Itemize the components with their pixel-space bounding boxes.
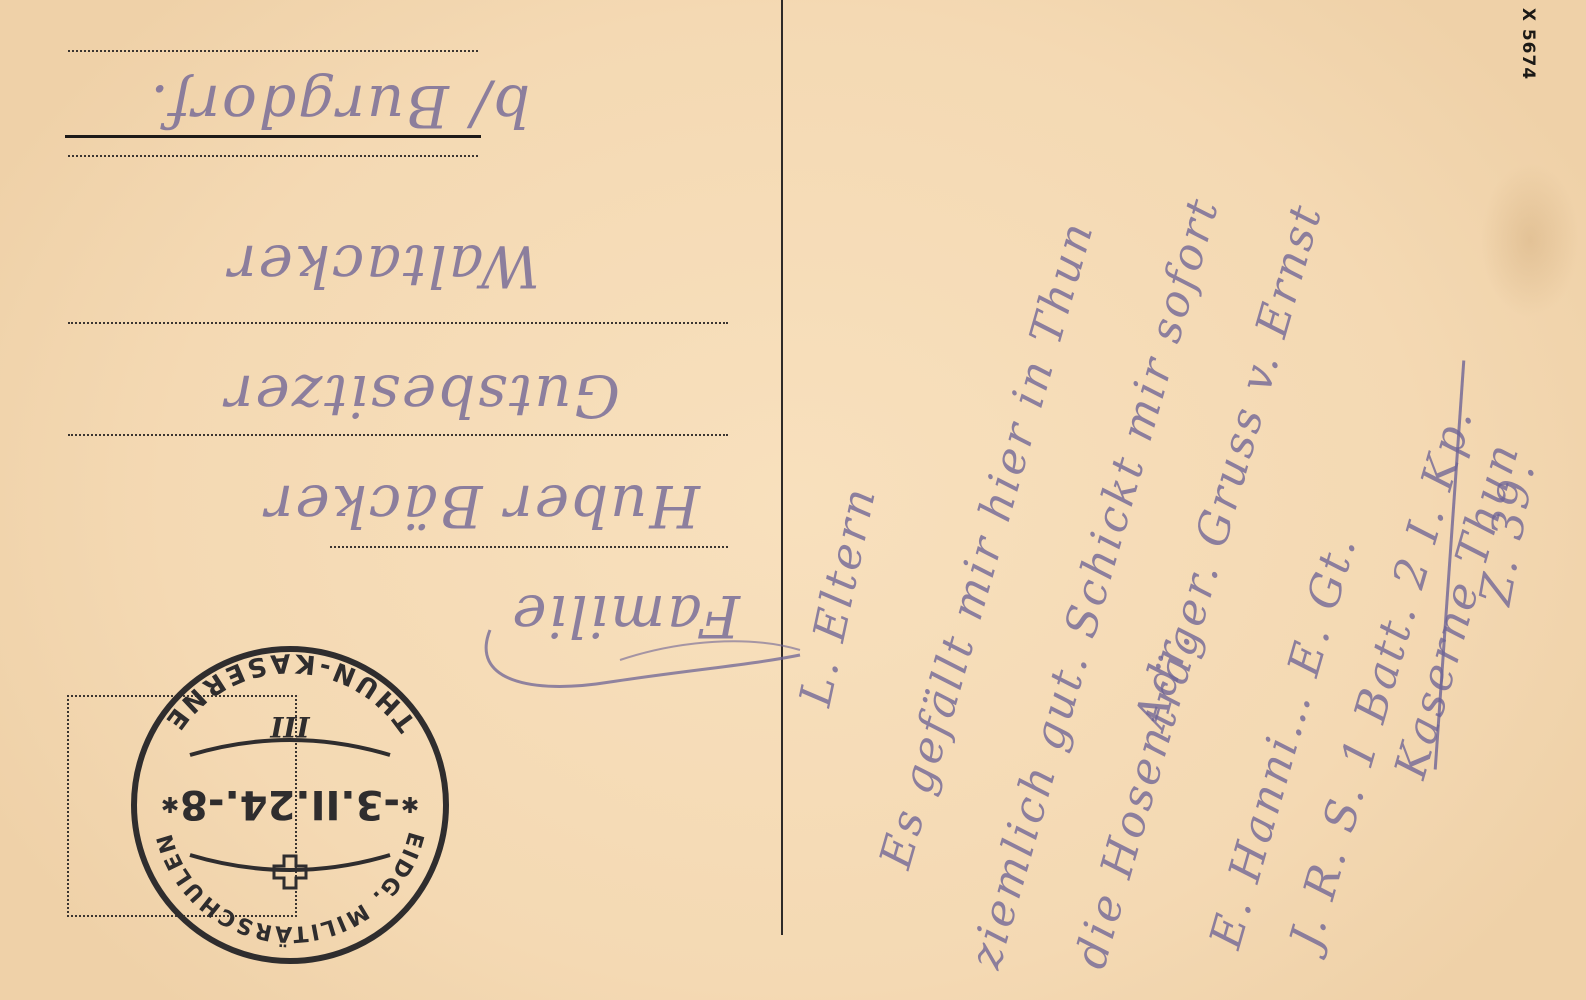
series-number: X 5674 [1506,4,1566,94]
address-line [330,546,728,548]
address-line [68,434,728,436]
signature-flourish [470,600,810,710]
postmark: EIDG. MILITÄRSCHULEN THUN-KASERNE ✱ ✱ -3… [128,643,453,968]
address-line-2: Huber Bäcker [264,472,700,540]
address-line [68,322,728,324]
address-line-4: Waltacker [227,232,540,300]
postcard-back: X 5674 Familie Huber Bäcker Gutsbesitzer… [0,0,1586,1000]
address-line-5: b/ Burgdorf. [148,72,530,140]
message-line-2: Es gefällt mir hier in Thun [870,215,1104,874]
series-number-text: X 5674 [1518,8,1538,80]
postmark-separator-right: ✱ [161,791,179,816]
postmark-date: -3.II.24.-8 [180,781,400,827]
message-line-1: L. Eltern [790,481,886,710]
center-divider [781,0,783,935]
address-line [68,155,478,157]
address-line-3: Gutsbesitzer [224,362,620,430]
postmark-separator-left: ✱ [401,791,419,816]
postmark-number: III [269,710,310,743]
address-line [68,50,478,52]
